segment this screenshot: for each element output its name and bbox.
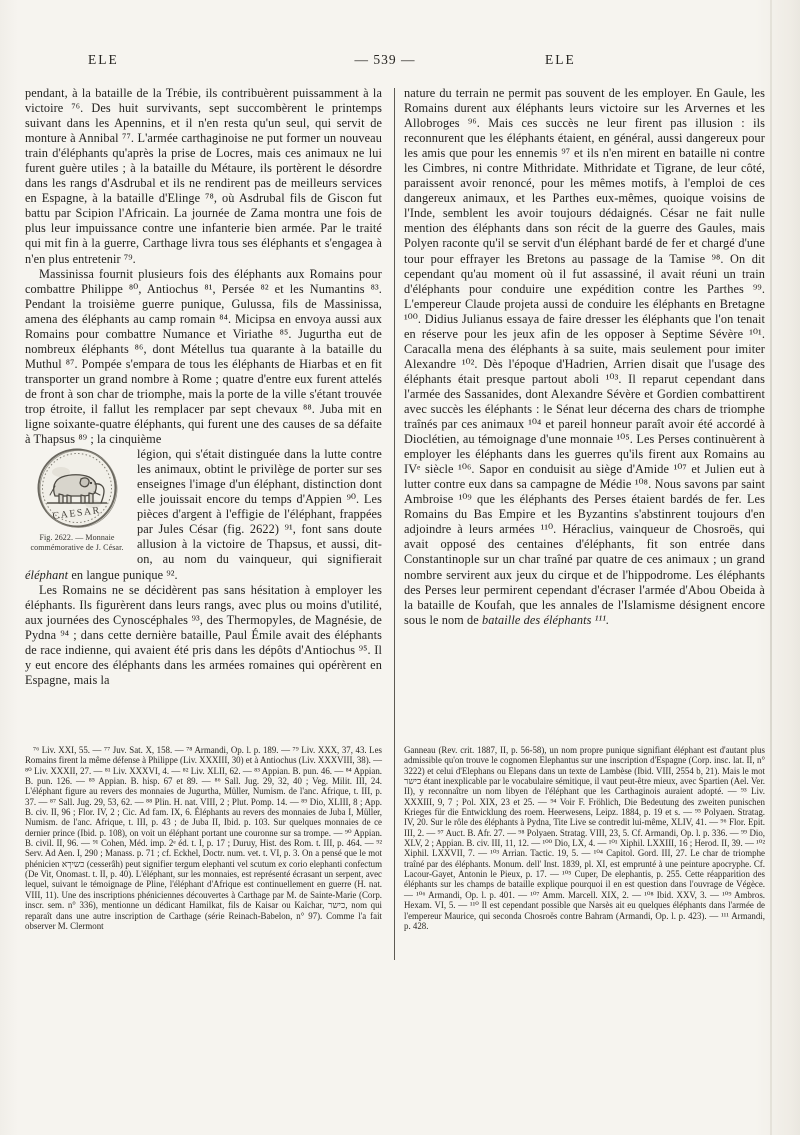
figure-coin: CAESAR Fig. 2622. — Monnaie commémorativ… — [25, 448, 129, 552]
paragraph-2-text: légion, qui s'était distinguée dans la l… — [137, 447, 382, 566]
elephant-coin-icon: CAESAR — [31, 448, 123, 530]
paragraph-right-text: nature du terrain ne permit pas souvent … — [404, 86, 765, 627]
paragraph-1: pendant, à la bataille de la Trébie, ils… — [25, 86, 382, 267]
figure-caption: Fig. 2622. — Monnaie commémorative de J.… — [27, 533, 127, 552]
paragraph-2-continued: CAESAR Fig. 2622. — Monnaie commémorativ… — [25, 447, 382, 582]
footnotes-left: ⁷⁶ Liv. XXI, 55. — ⁷⁷ Juv. Sat. X, 158. … — [25, 745, 382, 931]
paragraph-right: nature du terrain ne permit pas souvent … — [404, 86, 765, 628]
paragraph-2: Massinissa fournit plusieurs fois des él… — [25, 267, 382, 448]
paragraph-3: Les Romains ne se décidèrent pas sans hé… — [25, 583, 382, 688]
footnotes-right: Ganneau (Rev. crit. 1887, II, p. 56-58),… — [404, 745, 765, 931]
paragraph-2-text-end: en langue punique ⁹². — [71, 568, 177, 582]
left-column: pendant, à la bataille de la Trébie, ils… — [25, 86, 382, 688]
scan-edge-line — [770, 0, 772, 1135]
running-title-right: ELE — [545, 52, 576, 68]
italic-phrase-bataille: bataille des éléphants ¹¹¹. — [482, 613, 609, 627]
page-number: — 539 — — [300, 52, 470, 68]
italic-word-elephant: éléphant — [25, 568, 68, 582]
running-title-left: ELE — [88, 52, 119, 68]
right-column: nature du terrain ne permit pas souvent … — [404, 86, 765, 628]
page: ELE — 539 — ELE pendant, à la bataille d… — [0, 0, 800, 1135]
column-divider — [394, 88, 395, 960]
